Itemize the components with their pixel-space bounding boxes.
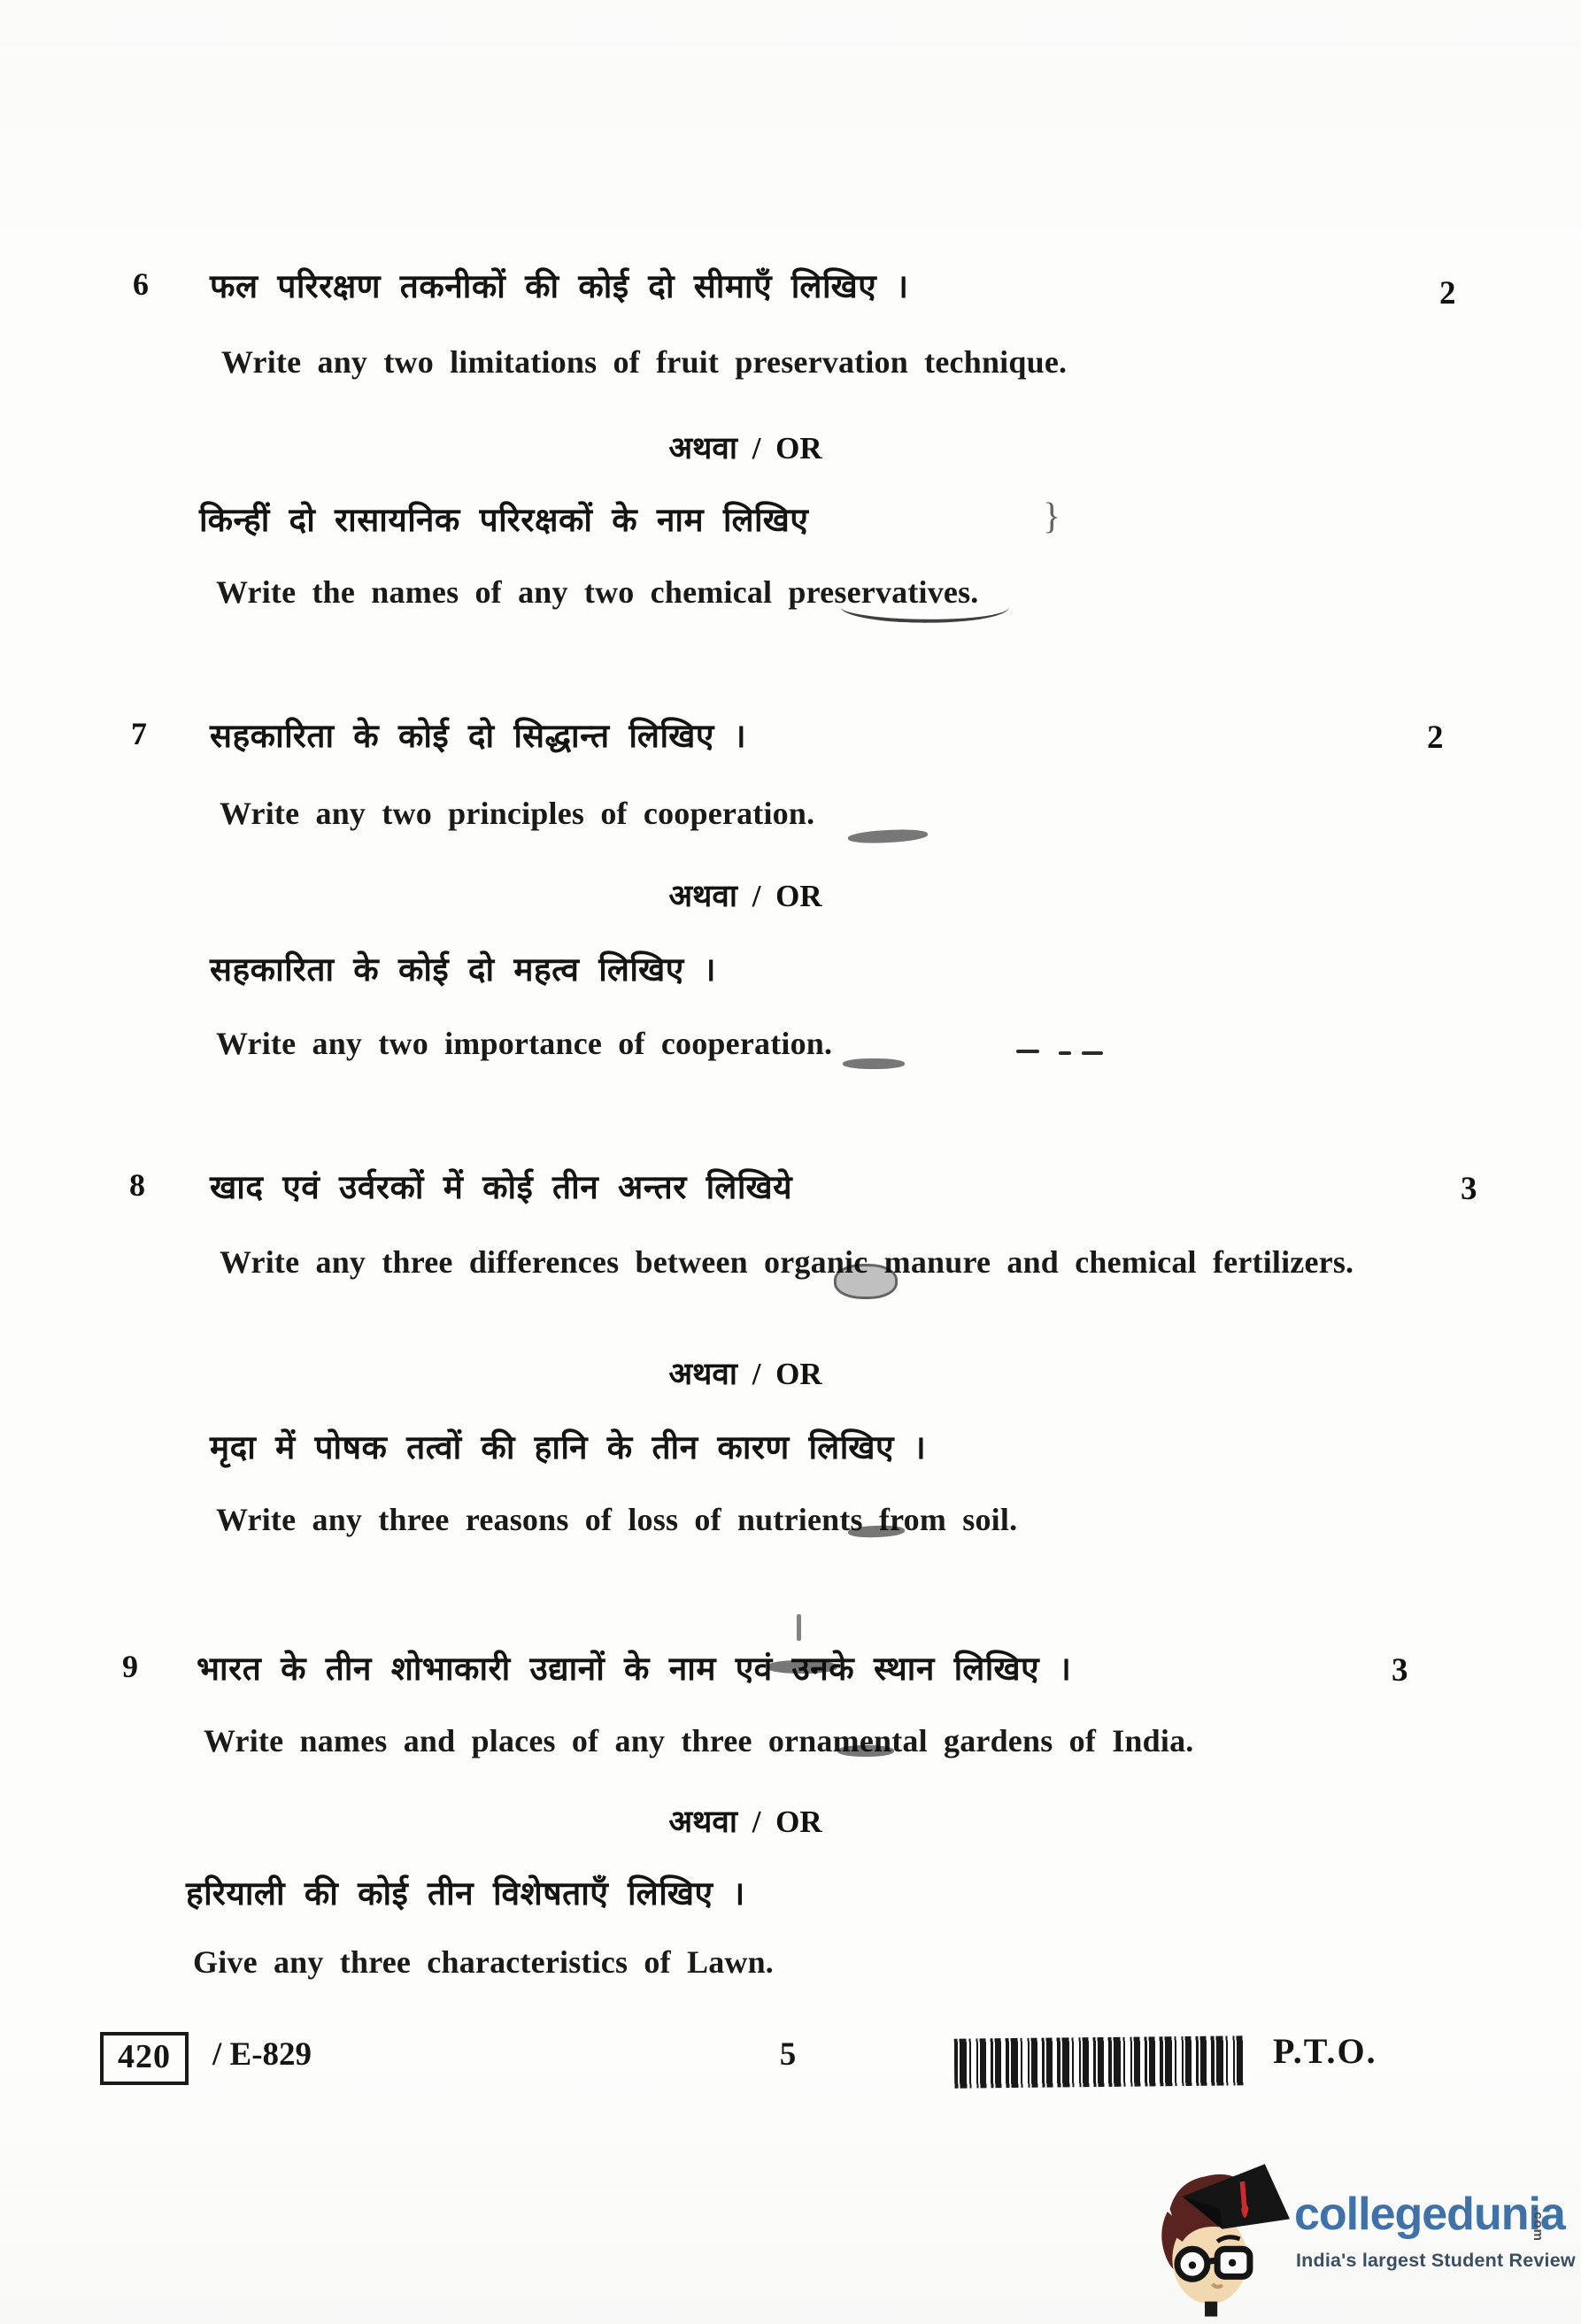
question-english: Write any two limitations of fruit prese…: [221, 343, 1067, 381]
brand-domain: .com: [1531, 2207, 1546, 2242]
scan-artifact: [834, 1264, 898, 1299]
question-alt-hindi: सहकारिता के कोई दो महत्व लिखिए ।: [210, 945, 716, 990]
scan-artifact: [1082, 1051, 1103, 1055]
marks-value: 3: [1461, 1170, 1477, 1208]
collegedunia-watermark: collegedunia .com India's largest Studen…: [1137, 2145, 1581, 2324]
question-alt-hindi: किन्हीं दो रासायनिक परिरक्षकों के नाम लि…: [199, 496, 808, 541]
scan-artifact: }: [1043, 496, 1060, 538]
question-alt-english: Give any three characteristics of Lawn.: [193, 1943, 774, 1981]
question-alt-hindi: मृदा में पोषक तत्वों की हानि के तीन कारण…: [210, 1423, 926, 1468]
question-hindi: सहकारिता के कोई दो सिद्धान्त लिखिए ।: [210, 712, 746, 757]
question-hindi: फल परिरक्षण तकनीकों की कोई दो सीमाएँ लिख…: [210, 262, 909, 307]
question-hindi: भारत के तीन शोभाकारी उद्यानों के नाम एवं…: [197, 1644, 1071, 1689]
or-divider: अथवा / OR: [210, 874, 1281, 916]
scan-artifact: [837, 1745, 894, 1757]
scan-artifact: [843, 1058, 905, 1069]
paper-code-box: 420: [100, 2032, 189, 2085]
scan-artifact: [767, 1660, 837, 1674]
barcode-image: [954, 2035, 1247, 2088]
scan-artifact: [797, 1614, 801, 1641]
or-divider: अथवा / OR: [210, 1800, 1281, 1842]
question-number: 6: [133, 265, 186, 303]
pto-label: P.T.O.: [1273, 2030, 1377, 2072]
marks-value: 2: [1427, 719, 1444, 757]
scan-artifact: [1059, 1051, 1071, 1055]
paper-code-suffix: / E-829: [212, 2035, 312, 2074]
or-divider: अथवा / OR: [210, 1352, 1281, 1394]
question-number: 7: [131, 715, 184, 752]
scan-artifact: [848, 828, 929, 845]
question-english: Write any three differences between orga…: [220, 1239, 1384, 1285]
marks-value: 3: [1392, 1651, 1408, 1689]
question-alt-english: Write any two importance of cooperation.: [216, 1025, 832, 1062]
scan-artifact: [1016, 1050, 1039, 1053]
exam-paper-page: 6 फल परिरक्षण तकनीकों की कोई दो सीमाएँ ल…: [0, 0, 1581, 2324]
collegedunia-mascot-icon: [1144, 2154, 1296, 2324]
question-alt-hindi: हरियाली की कोई तीन विशेषताएँ लिखिए ।: [186, 1869, 745, 1914]
page-number: 5: [761, 2035, 814, 2074]
brand-tagline: India's largest Student Review Platform: [1296, 2250, 1581, 2272]
question-number: 8: [129, 1166, 182, 1204]
question-hindi: खाद एवं उर्वरकों में कोई तीन अन्तर लिखिय…: [210, 1163, 792, 1208]
brand-name: collegedunia: [1294, 2189, 1565, 2240]
marks-value: 2: [1439, 274, 1456, 312]
question-english: Write names and places of any three orna…: [204, 1722, 1193, 1759]
question-number: 9: [122, 1648, 175, 1685]
or-divider: अथवा / OR: [210, 427, 1281, 468]
question-english: Write any two principles of cooperation.: [220, 795, 814, 832]
page-footer: 420 / E-829 5 P.T.O.: [0, 2025, 1581, 2105]
scan-artifact: [840, 589, 1009, 627]
